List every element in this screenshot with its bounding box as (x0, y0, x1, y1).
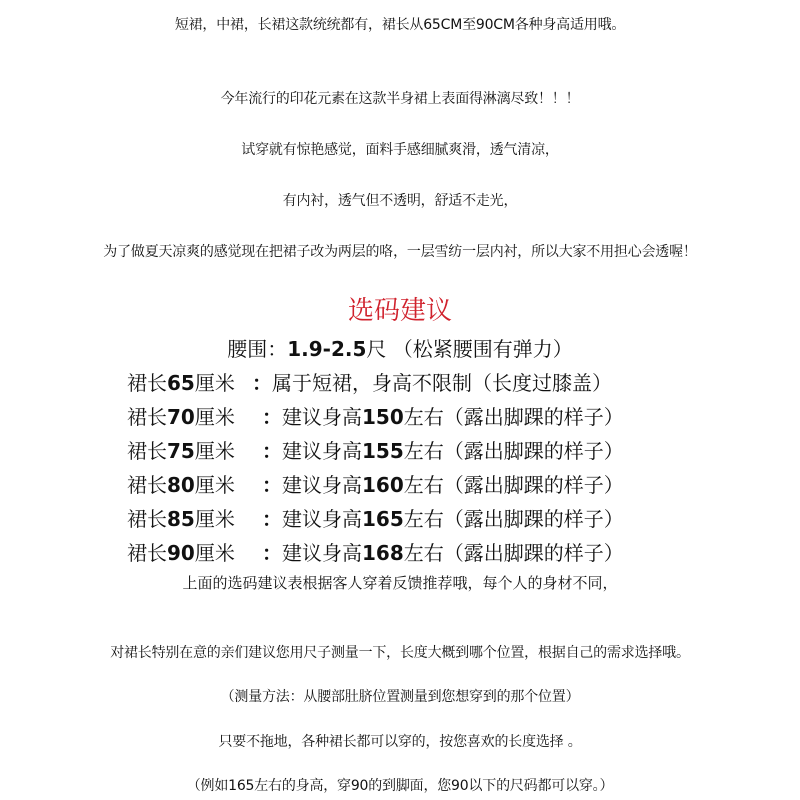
row-description: 建议身高 (282, 473, 362, 497)
row-unit: 厘米 (195, 473, 235, 497)
row-prefix: 裙长 (127, 405, 167, 429)
row-separator: ： (262, 507, 282, 531)
waist-unit: 尺 (366, 337, 386, 361)
row-description: 建议身高 (282, 405, 362, 429)
row-unit: 厘米 (195, 439, 235, 463)
intro-line-fabric: 试穿就有惊艳感觉，面料手感细腻爽滑，透气清凉， (0, 139, 800, 159)
row-description: 建议身高 (282, 541, 362, 565)
row-note: 左右（露出脚踝的样子） (404, 439, 624, 463)
intro-line-print: 今年流行的印花元素在这款半身裙上表面得淋漓尽致！！！ (0, 88, 800, 108)
outro-line-measure: 对裙长特别在意的亲们建议您用尺子测量一下，长度大概到哪个位置，根据自己的需求选择… (0, 642, 800, 662)
size-guide-title: 选码建议 (0, 290, 800, 327)
row-separator: ： (262, 541, 282, 565)
intro-line-lengths: 短裙，中裙，长裙这款统统都有，裙长从65CM至90CM各种身高适用哦。 (0, 14, 800, 34)
row-length: 70 (167, 405, 195, 429)
row-unit: 厘米 (195, 541, 235, 565)
row-prefix: 裙长 (127, 541, 167, 565)
row-height: 155 (362, 439, 404, 463)
row-unit: 厘米 (195, 371, 235, 395)
row-unit: 厘米 (195, 405, 235, 429)
row-note: 左右（露出脚踝的样子） (404, 405, 624, 429)
row-separator: ： (252, 371, 272, 395)
row-note: 左右（露出脚踝的样子） (404, 507, 624, 531)
row-height: 160 (362, 473, 404, 497)
row-height: 150 (362, 405, 404, 429)
waist-info: 腰围：1.9-2.5尺 （松紧腰围有弹力） (0, 333, 800, 362)
row-note: 左右（露出脚踝的样子） (404, 541, 624, 565)
row-description: 建议身高 (282, 507, 362, 531)
waist-note: （松紧腰围有弹力） (393, 337, 573, 361)
row-length: 75 (167, 439, 195, 463)
outro-line-any-length: 只要不拖地，各种裙长都可以穿的，按您喜欢的长度选择 。 (0, 731, 800, 751)
outro-line-example: （例如165左右的身高，穿90的到脚面，您90以下的尺码都可以穿。） (0, 775, 800, 795)
row-length: 65 (167, 371, 195, 395)
row-prefix: 裙长 (127, 439, 167, 463)
waist-label: 腰围： (227, 337, 287, 361)
row-prefix: 裙长 (127, 473, 167, 497)
row-length: 80 (167, 473, 195, 497)
waist-value: 1.9-2.5 (287, 337, 366, 361)
row-height: 165 (362, 507, 404, 531)
row-separator: ： (262, 439, 282, 463)
row-unit: 厘米 (195, 507, 235, 531)
row-description: 建议身高 (282, 439, 362, 463)
outro-line-method: （测量方法：从腰部肚脐位置测量到您想穿到的那个位置） (0, 686, 800, 706)
row-length: 90 (167, 541, 195, 565)
intro-line-layers: 为了做夏天凉爽的感觉现在把裙子改为两层的咯，一层雪纺一层内衬，所以大家不用担心会… (0, 241, 800, 261)
row-prefix: 裙长 (127, 507, 167, 531)
row-separator: ： (262, 473, 282, 497)
row-prefix: 裙长 (127, 371, 167, 395)
row-description: 属于短裙，身高不限制（长度过膝盖） (272, 371, 612, 395)
row-separator: ： (262, 405, 282, 429)
size-guide-footnote: 上面的选码建议表根据客人穿着反馈推荐哦，每个人的身材不同， (0, 572, 800, 593)
intro-line-lining: 有内衬，透气但不透明，舒适不走光， (0, 190, 800, 210)
row-length: 85 (167, 507, 195, 531)
row-height: 168 (362, 541, 404, 565)
row-note: 左右（露出脚踝的样子） (404, 473, 624, 497)
